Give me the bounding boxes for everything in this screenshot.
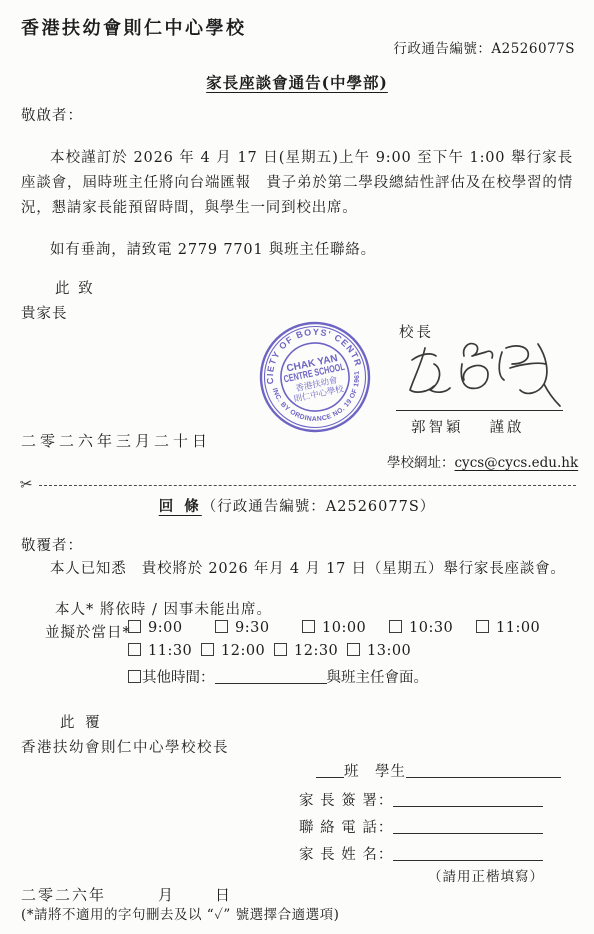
footnote: (*請將不適用的字句刪去及以 “✓” 號選擇合適選項) (21, 903, 339, 923)
time-label: 11:30 (148, 643, 192, 659)
website-label: 學校網址： (387, 455, 455, 471)
time-option: 11:30 (128, 643, 201, 659)
time-label: 10:30 (409, 620, 453, 636)
schedule-label: 並擬於當日* (45, 621, 131, 642)
school-name: 香港扶幼會則仁中心學校 (21, 14, 247, 40)
contact-phone-label: 聯 絡 電 話： (299, 820, 393, 836)
notice-paragraph-2: 如有垂詢，請致電 2779 7701 與班主任聯絡。 (21, 238, 376, 259)
checkbox-9-00[interactable] (128, 620, 141, 633)
checkbox-12-30[interactable] (274, 643, 287, 656)
block-letters-note: （請用正楷填寫） (428, 865, 544, 885)
checkbox-12-00[interactable] (201, 643, 214, 656)
time-label: 9:30 (235, 620, 270, 636)
other-time-suffix: 與班主任會面。 (327, 670, 429, 686)
dashed-cut-line (39, 485, 576, 486)
school-stamp: SOCIETY OF BOYS' CENTRES INC. BY ORDINAN… (257, 319, 373, 435)
other-time-input-line[interactable] (215, 669, 327, 684)
checkbox-11-30[interactable] (128, 643, 141, 656)
page-title: 家長座談會通告(中學部) (0, 71, 594, 93)
contact-phone-row: 聯 絡 電 話： (299, 816, 543, 837)
scissors-icon: ✂ (19, 474, 34, 494)
time-option: 11:00 (476, 620, 563, 636)
principal-signature (398, 334, 566, 412)
checkbox-11-00[interactable] (476, 620, 489, 633)
contact-phone-input-line[interactable] (393, 819, 543, 834)
respect-suffix: 謹啟 (490, 420, 525, 436)
scanned-school-notice: { "header": { "school_name": "香港扶幼會則仁中心學… (0, 0, 594, 934)
closing-line: 此 致 (55, 277, 95, 298)
admin-notice-number: 行政通告編號：A2526077S (393, 37, 575, 57)
reply-closing: 此 覆 (60, 711, 103, 732)
class-student-row: 班 學生 (316, 760, 561, 781)
salutation: 敬啟者： (21, 104, 83, 125)
reply-slip-title: 回 條 (159, 498, 202, 515)
other-time-label: 其他時間： (142, 670, 215, 686)
class-input-line[interactable] (316, 763, 344, 778)
parent-signature-input-line[interactable] (393, 792, 543, 807)
time-option: 9:00 (128, 620, 215, 636)
school-stamp-icon: SOCIETY OF BOYS' CENTRES INC. BY ORDINAN… (257, 319, 373, 435)
cut-line: ✂ (20, 474, 576, 492)
time-label: 12:30 (294, 643, 338, 659)
time-options-row-1: 9:00 9:30 10:00 10:30 11:00 (128, 620, 563, 636)
time-option: 10:00 (302, 620, 389, 636)
time-options-row-2: 11:30 12:00 12:30 13:00 (128, 643, 420, 659)
printed-name: 郭智穎 (411, 420, 464, 436)
reply-slip-admin-no: （行政通告編號：A2526077S） (202, 499, 435, 515)
parent-name-input-line[interactable] (393, 846, 543, 861)
reply-addressee: 香港扶幼會則仁中心學校校長 (21, 736, 229, 757)
time-label: 9:00 (148, 620, 183, 636)
reply-date-day: 日 (215, 886, 232, 904)
reply-acknowledgement: 本人已知悉 貴校將於 2026 年月 4 月 17 日（星期五）舉行家長座談會。 (21, 557, 566, 578)
reply-date-line: 二零二六年月日 (21, 884, 232, 905)
checkbox-10-00[interactable] (302, 620, 315, 633)
time-option: 12:30 (274, 643, 347, 659)
parent-signature-row: 家 長 簽 署： (299, 789, 543, 810)
time-option: 12:00 (201, 643, 274, 659)
time-option: 9:30 (215, 620, 302, 636)
time-label: 11:00 (496, 620, 540, 636)
reply-date-year: 二零二六年 (21, 886, 106, 904)
parent-name-label: 家 長 姓 名： (299, 847, 393, 863)
checkbox-10-30[interactable] (389, 620, 402, 633)
reply-slip-title-line: 回 條（行政通告編號：A2526077S） (0, 495, 594, 516)
time-label: 12:00 (221, 643, 265, 659)
printed-name-line: 郭智穎謹啟 (411, 416, 525, 437)
checkbox-9-30[interactable] (215, 620, 228, 633)
class-student-label: 班 學生 (344, 764, 406, 780)
parent-name-row: 家 長 姓 名： (299, 843, 543, 864)
checkbox-13-00[interactable] (347, 643, 360, 656)
checkbox-other-time[interactable] (128, 670, 141, 683)
time-option: 13:00 (347, 643, 420, 659)
signature-line (396, 410, 563, 411)
time-option: 10:30 (389, 620, 476, 636)
reply-salutation: 敬覆者： (21, 534, 83, 555)
notice-paragraph-1: 本校謹訂於 2026 年 4 月 17 日(星期五)上午 9:00 至下午 1:… (21, 146, 573, 221)
parent-signature-label: 家 長 簽 署： (299, 793, 393, 809)
time-label: 10:00 (322, 620, 366, 636)
school-website-line: 學校網址：cycs@cycs.edu.hk (387, 451, 578, 471)
time-label: 13:00 (367, 643, 411, 659)
website-link[interactable]: cycs@cycs.edu.hk (455, 455, 579, 471)
reply-date-month: 月 (158, 886, 175, 904)
student-name-input-line[interactable] (406, 763, 561, 778)
attendance-choice-line: 本人* 將依時 / 因事未能出席。 (55, 598, 272, 619)
other-time-row: 其他時間：與班主任會面。 (128, 666, 428, 687)
signature-icon (398, 334, 566, 412)
notice-date: 二零二六年三月二十日 (21, 430, 211, 451)
closing-addressee: 貴家長 (21, 302, 68, 323)
